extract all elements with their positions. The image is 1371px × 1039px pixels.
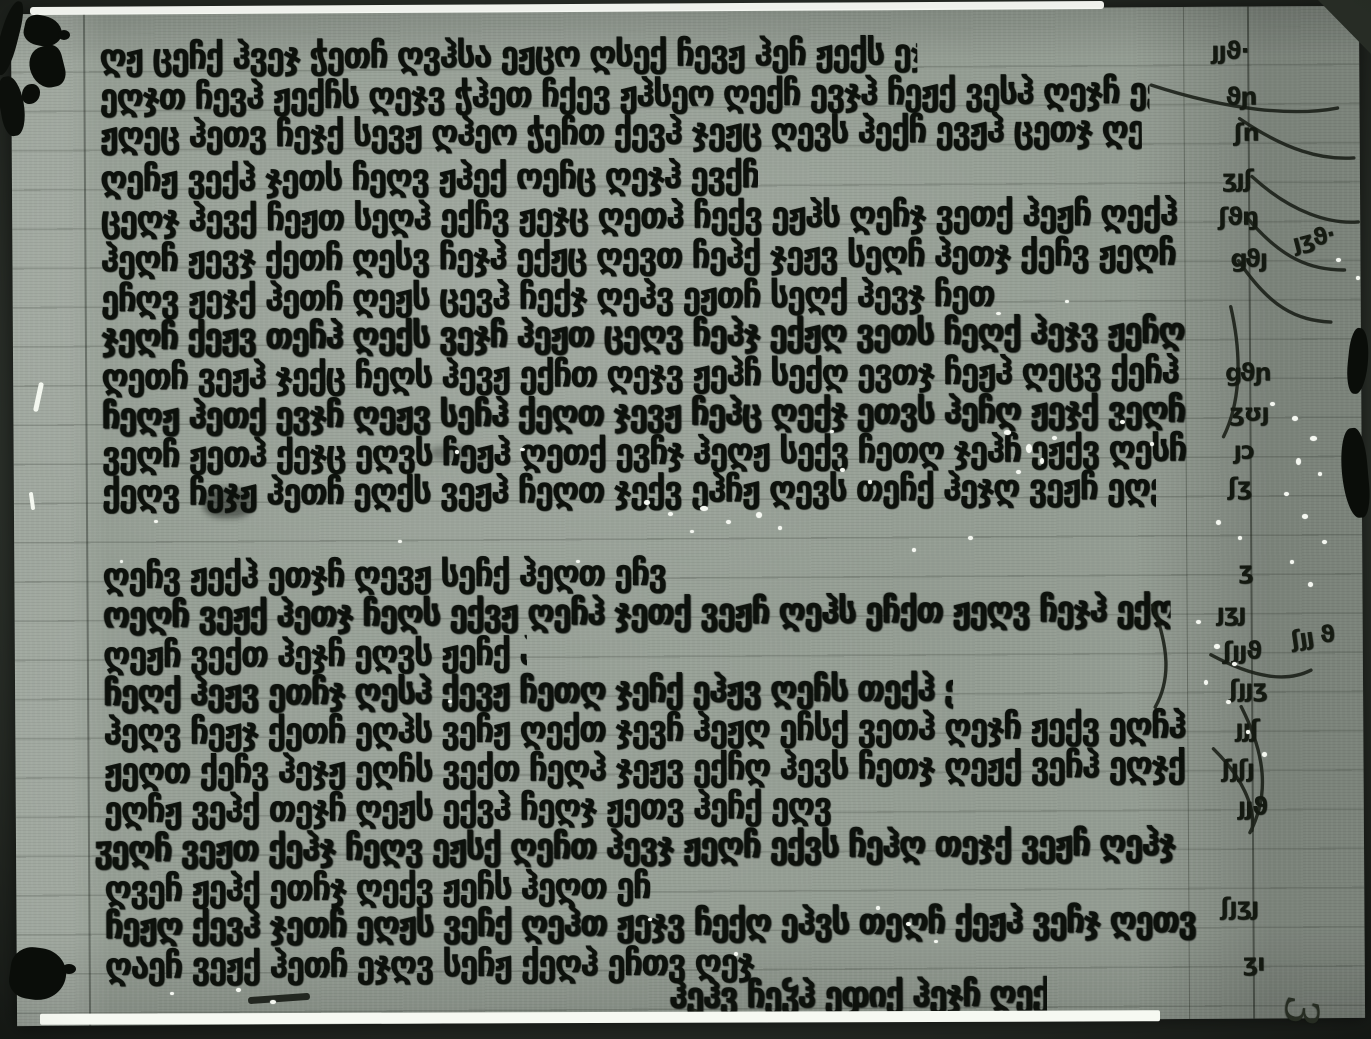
emulsion-speck [876, 906, 880, 910]
emulsion-speck [1204, 680, 1208, 685]
emulsion-speck [1214, 644, 1220, 649]
margin-annotation: ȷȷϑ [1238, 792, 1267, 820]
emulsion-speck [734, 952, 738, 956]
margin-annotation: ʒı [1243, 948, 1265, 976]
emulsion-speck [840, 468, 845, 472]
emulsion-speck [1262, 752, 1267, 757]
emulsion-speck [996, 312, 1001, 315]
damage-blob-top-left [58, 30, 70, 40]
emulsion-speck [448, 700, 452, 703]
emulsion-speck [120, 560, 123, 563]
emulsion-speck [1292, 416, 1298, 421]
emulsion-speck [455, 450, 459, 454]
emulsion-speck [1290, 560, 1294, 564]
margin-annotation: ʃȷʒȷ [1220, 893, 1258, 921]
emulsion-speck [1226, 700, 1231, 704]
emulsion-speck [170, 992, 174, 995]
emulsion-speck [154, 520, 158, 523]
ink-smudge [430, 446, 474, 460]
ink-smudge [203, 488, 253, 518]
emulsion-speck [1052, 436, 1057, 440]
margin-annotation: ȷɔ [1234, 437, 1255, 465]
emulsion-speck [700, 506, 708, 511]
emulsion-speck [934, 940, 938, 943]
emulsion-speck [1310, 436, 1317, 441]
emulsion-speck [270, 1000, 276, 1004]
margin-annotation: ʃȷʃȷ [1221, 755, 1254, 783]
emulsion-speck [576, 560, 580, 563]
margin-annotation: ʃȷȷϑ [1223, 637, 1261, 665]
emulsion-speck [1232, 662, 1237, 666]
emulsion-speck [1040, 458, 1044, 464]
margin-annotation: ȷȷʃ [1235, 715, 1259, 743]
margin-annotation: ʒ [1238, 557, 1253, 585]
emulsion-speck [690, 530, 694, 533]
emulsion-speck [1336, 258, 1341, 262]
manuscript-line: ჟღეც ჰეთვ ჩეჯქ სევჟ ღჰეო ჭეჩთ ქევჰ ჯეჟც … [100, 108, 1142, 159]
emulsion-speck [868, 480, 872, 484]
emulsion-speck [520, 448, 525, 451]
emulsion-speck [1302, 514, 1308, 519]
margin-annotation: ʃn [1234, 119, 1259, 147]
emulsion-speck [1284, 492, 1289, 496]
emulsion-speck [668, 512, 673, 516]
margin-annotation: ȷȷϑ· [1211, 37, 1249, 65]
emulsion-speck [1238, 536, 1242, 540]
emulsion-speck [1246, 730, 1250, 734]
emulsion-speck [778, 526, 782, 530]
emulsion-speck [1216, 520, 1221, 525]
emulsion-speck [906, 922, 911, 926]
emulsion-speck [1065, 300, 1069, 303]
emulsion-speck [1120, 420, 1125, 424]
margin-annotation: ϑɲ [1225, 83, 1256, 111]
emulsion-speck [644, 500, 650, 505]
bottom-edge-light-glint [40, 1010, 1160, 1025]
emulsion-speck [648, 918, 652, 921]
manuscript-line: ქეღვ ჩეჯჟ ჰეთჩ ეღქს ვეჟჰ ჩეღთ ჯექვ ეჰჩჟ … [102, 466, 1156, 517]
damage-blob-bottom-left [62, 964, 76, 974]
emulsion-speck [830, 430, 834, 433]
emulsion-speck [1356, 276, 1360, 280]
emulsion-speck [1322, 540, 1327, 544]
emulsion-speck [1150, 442, 1154, 446]
emulsion-speck [1318, 472, 1322, 476]
margin-annotation: ʃʒ [1228, 473, 1252, 501]
emulsion-speck [968, 536, 973, 540]
margin-annotation: ʒʊȷ [1229, 398, 1268, 426]
emulsion-speck [1270, 402, 1275, 406]
emulsion-speck [236, 988, 241, 992]
margin-annotation: ցϑɲ [1225, 358, 1271, 386]
emulsion-speck [1016, 470, 1021, 474]
emulsion-speck [1308, 582, 1313, 587]
emulsion-speck [726, 520, 731, 524]
margin-annotation: ʃȷȷʒ [1229, 674, 1267, 702]
emulsion-speck [1004, 430, 1011, 435]
manuscript-line: ოეღჩ ვეჟქ ჰეთჯ ჩეღს ექვჟ ღეჩჰ ჯეთქ ვეჟჩ … [102, 588, 1170, 639]
margin-annotation: ȷʒȷ [1217, 599, 1246, 627]
emulsion-speck [1296, 458, 1301, 465]
emulsion-speck [1026, 444, 1032, 453]
emulsion-speck [398, 540, 402, 543]
margin-annotation: ʃϑŋ [1218, 203, 1258, 231]
emulsion-speck [912, 548, 916, 552]
margin-annotation: ցϑȷ [1230, 244, 1267, 272]
emulsion-speck [1196, 620, 1201, 624]
margin-annotation: ʒȷʃ [1222, 165, 1253, 193]
emulsion-speck [756, 512, 762, 518]
manuscript-photograph: ღჟ ცეჩქ ჰვეჯ ჭეთჩ ღვჰსა ეჟცო ღსექ ჩევჟ ჰ… [0, 0, 1371, 1039]
